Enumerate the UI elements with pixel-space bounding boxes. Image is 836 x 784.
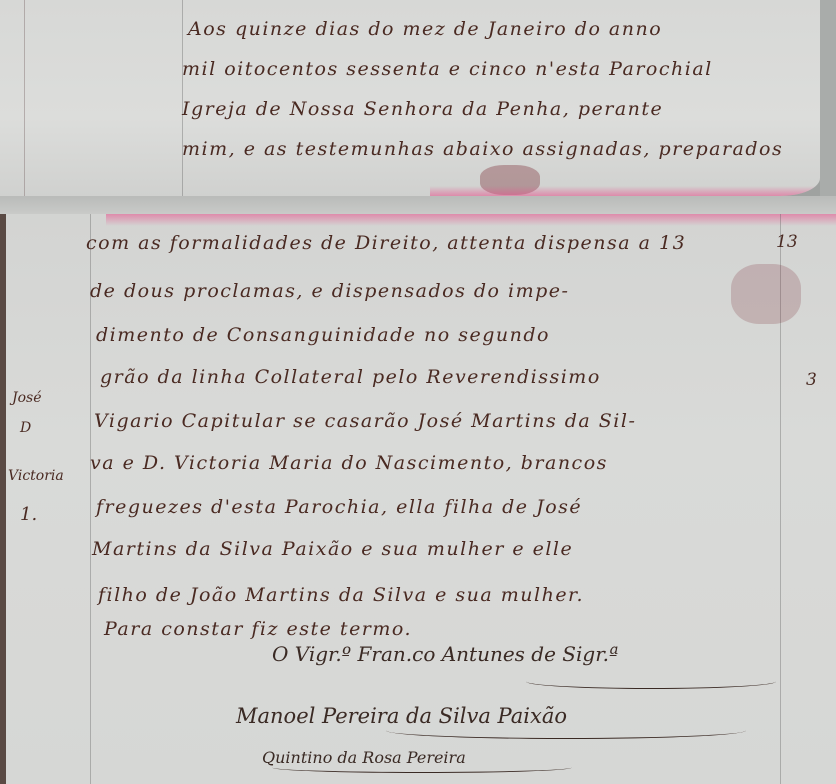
right-margin-note: 13 xyxy=(776,232,798,252)
text-line: Igreja de Nossa Senhora da Penha, perant… xyxy=(182,98,663,120)
text-line: dimento de Consanguinidade no segundo xyxy=(96,324,550,346)
text-line: filho de João Martins da Silva e sua mul… xyxy=(98,584,584,606)
signature-vicar: O Vigr.º Fran.co Antunes de Sigr.ª xyxy=(272,642,618,666)
signature-flourish xyxy=(272,762,572,773)
paper-damage xyxy=(731,264,801,324)
text-line: mil oitocentos sessenta e cinco n'esta P… xyxy=(182,58,713,80)
text-line: Para constar fiz este termo. xyxy=(104,618,412,640)
top-page-fragment: Aos quinze dias do mez de Janeiro do ann… xyxy=(0,0,820,196)
margin-note: D xyxy=(20,420,31,436)
text-line: grão da linha Collateral pelo Reverendis… xyxy=(100,366,601,388)
page-edge-rule xyxy=(24,0,25,196)
bottom-page-fragment: com as formalidades de Direito, attenta … xyxy=(6,214,836,784)
text-line: de dous proclamas, e dispensados do impe… xyxy=(90,280,569,302)
page-seam xyxy=(0,196,836,214)
text-line: com as formalidades de Direito, attenta … xyxy=(86,232,686,254)
text-line: Martins da Silva Paixão e sua mulher e e… xyxy=(92,538,573,560)
signature-flourish xyxy=(386,722,746,739)
text-line: mim, e as testemunhas abaixo assignadas,… xyxy=(182,138,783,160)
margin-note: José xyxy=(12,390,42,406)
scan-edge xyxy=(820,0,836,196)
text-line: Aos quinze dias do mez de Janeiro do ann… xyxy=(188,18,662,40)
right-margin-note: 3 xyxy=(806,370,817,390)
margin-note: 1. xyxy=(20,504,37,525)
paper-damage xyxy=(480,165,540,195)
margin-note: Victoria xyxy=(8,468,64,484)
signature-flourish xyxy=(526,674,776,689)
text-line: va e D. Victoria Maria do Nascimento, br… xyxy=(90,452,608,474)
text-line: freguezes d'esta Parochia, ella filha de… xyxy=(96,496,582,518)
text-line: Vigario Capitular se casarão José Martin… xyxy=(94,410,636,432)
